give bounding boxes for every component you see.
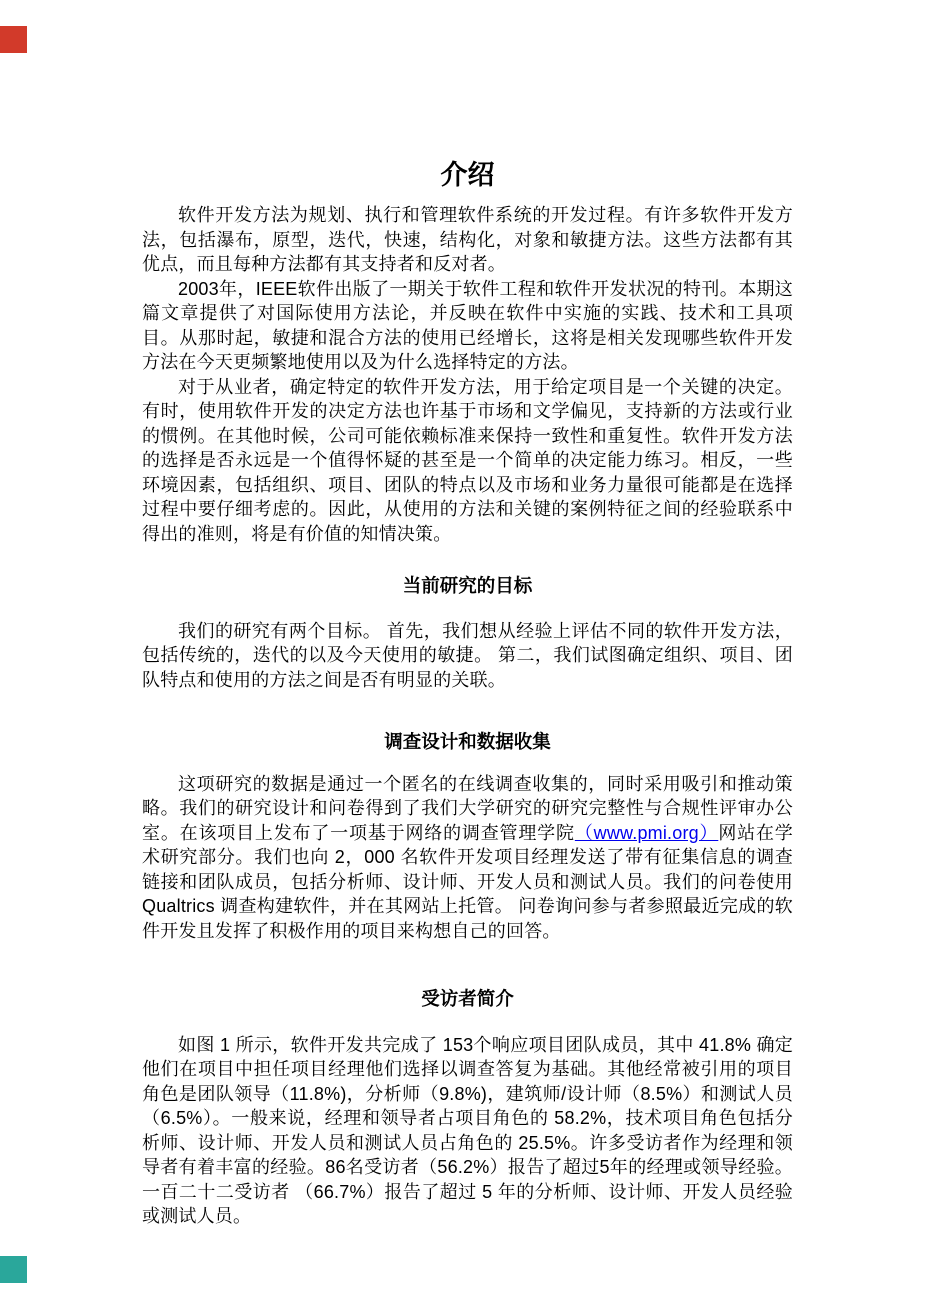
intro-paragraph-2: 2003年，IEEE软件出版了一期关于软件工程和软件开发状况的特刊。本期这篇文章… (142, 277, 793, 375)
section-heading-goals: 当前研究的目标 (142, 574, 793, 599)
red-corner-marker (0, 26, 27, 53)
respondents-paragraph: 如图 1 所示，软件开发共完成了 153个响应项目团队成员，其中 41.8% 确… (142, 1033, 793, 1229)
goals-paragraph: 我们的研究有两个目标。 首先，我们想从经验上评估不同的软件开发方法，包括传统的，… (142, 619, 793, 693)
section-heading-survey: 调查设计和数据收集 (142, 730, 793, 755)
intro-paragraph-3: 对于从业者，确定特定的软件开发方法，用于给定项目是一个关键的决定。有时，使用软件… (142, 375, 793, 547)
teal-corner-marker (0, 1256, 27, 1283)
intro-paragraph-1: 软件开发方法为规划、执行和管理软件系统的开发过程。有许多软件开发方法，包括瀑布，… (142, 203, 793, 277)
pmi-website-link[interactable]: （www.pmi.org） (575, 823, 718, 843)
document-page: 介绍 软件开发方法为规划、执行和管理软件系统的开发过程。有许多软件开发方法，包括… (0, 0, 926, 1309)
section-heading-respondents: 受访者简介 (142, 987, 793, 1012)
survey-paragraph: 这项研究的数据是通过一个匿名的在线调查收集的，同时采用吸引和推动策略。我们的研究… (142, 772, 793, 944)
document-title: 介绍 (142, 155, 793, 195)
